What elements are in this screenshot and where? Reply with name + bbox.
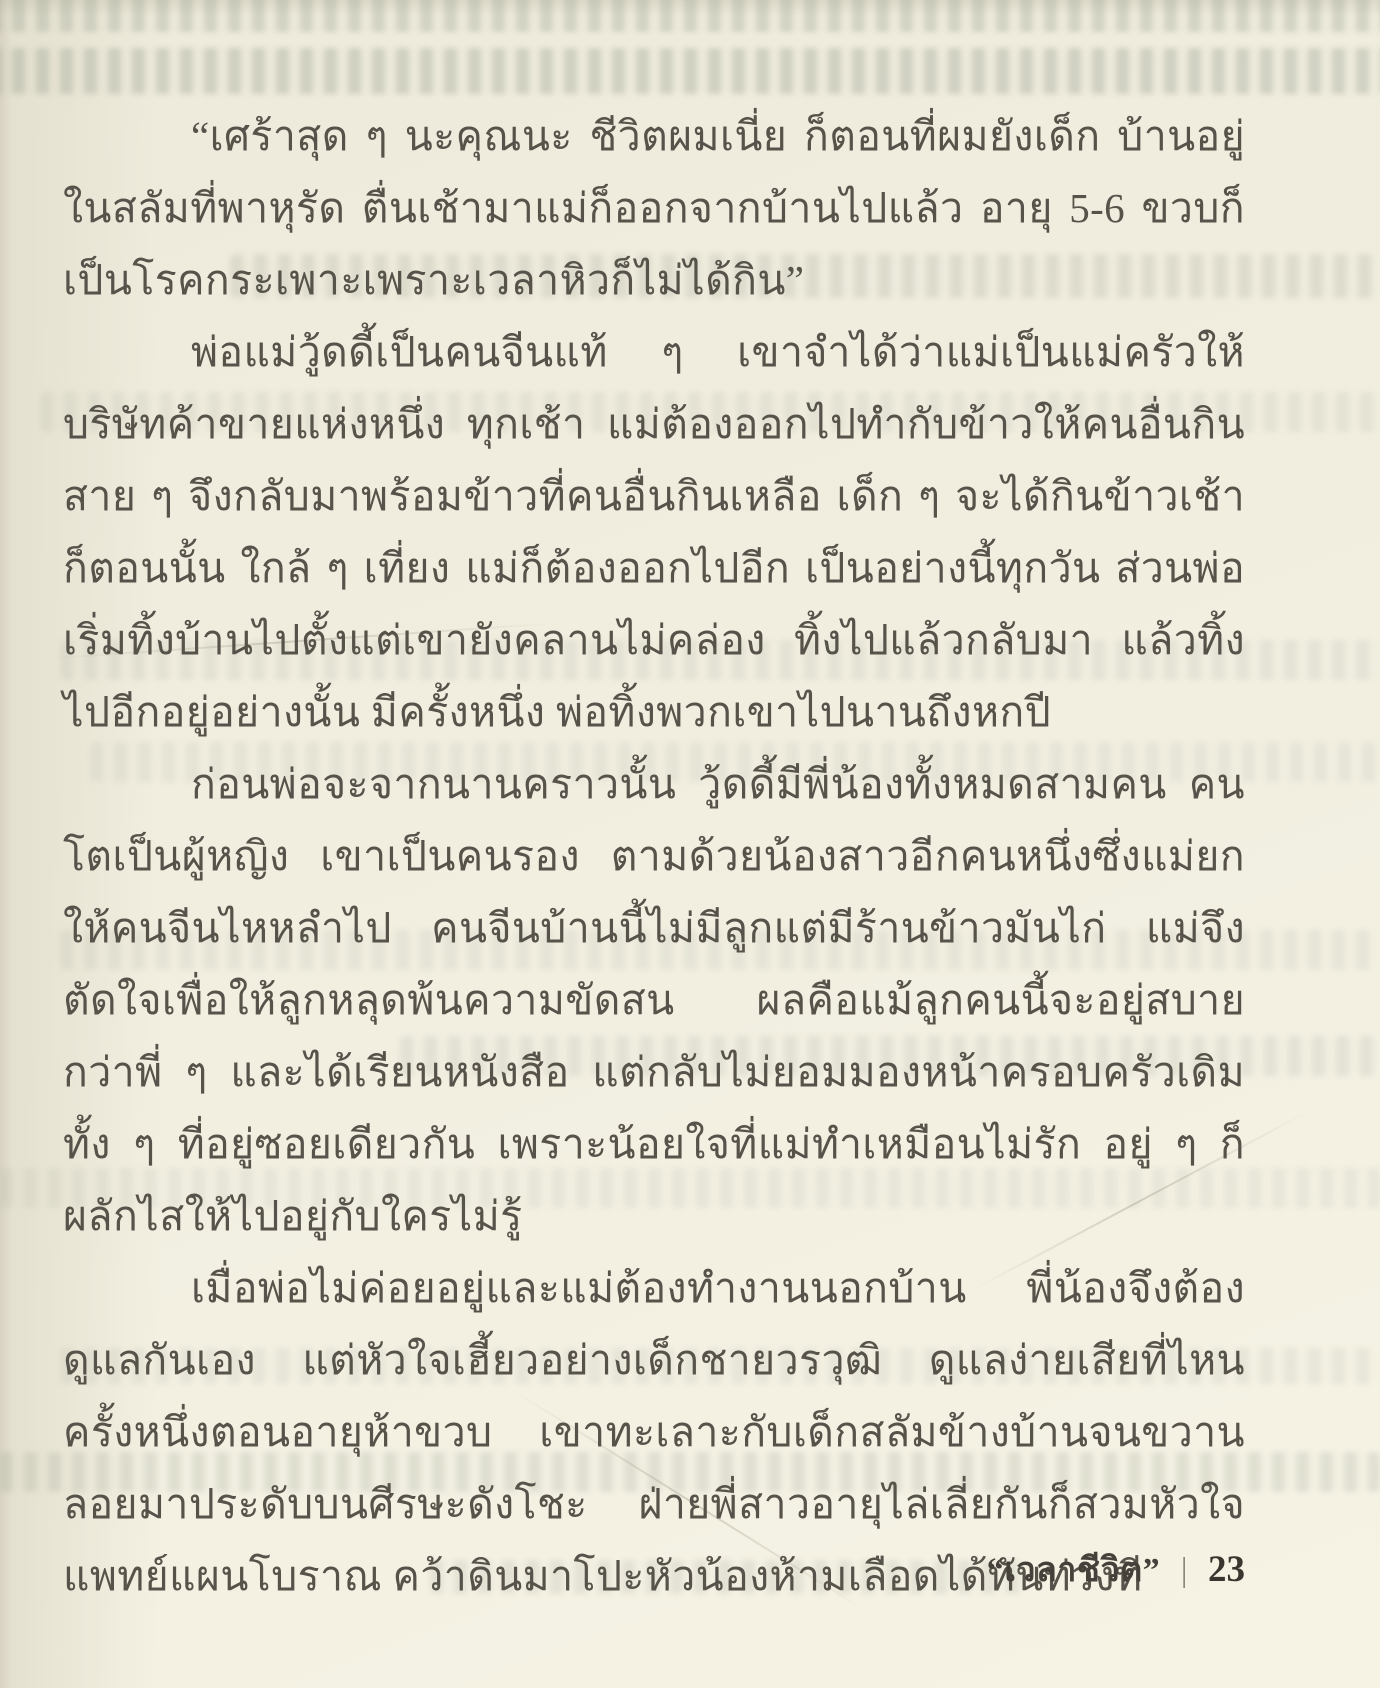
bleedthrough-text-ghost bbox=[0, 0, 1380, 32]
page-footer: “เวลาชีวิต” | 23 bbox=[63, 1548, 1245, 1593]
paragraph: พ่อแม่วู้ดดี้เป็นคนจีนแท้ ๆ เขาจำได้ว่าแ… bbox=[63, 316, 1245, 748]
paragraph: ก่อนพ่อจะจากนานคราวนั้น วู้ดดี้มีพี่น้อง… bbox=[63, 748, 1245, 1252]
page-number: 23 bbox=[1208, 1549, 1245, 1590]
page-text-block: “เศร้าสุด ๆ นะคุณนะ ชีวิตผมเนี่ย ก็ตอนที… bbox=[63, 100, 1245, 1612]
footer-separator: | bbox=[1169, 1552, 1200, 1589]
running-title: “เวลาชีวิต” bbox=[987, 1552, 1160, 1589]
book-page: “เศร้าสุด ๆ นะคุณนะ ชีวิตผมเนี่ย ก็ตอนที… bbox=[0, 0, 1380, 1688]
paragraph-opening-quote: “เศร้าสุด ๆ นะคุณนะ ชีวิตผมเนี่ย ก็ตอนที… bbox=[63, 100, 1245, 316]
bleedthrough-text-ghost bbox=[0, 48, 1380, 94]
